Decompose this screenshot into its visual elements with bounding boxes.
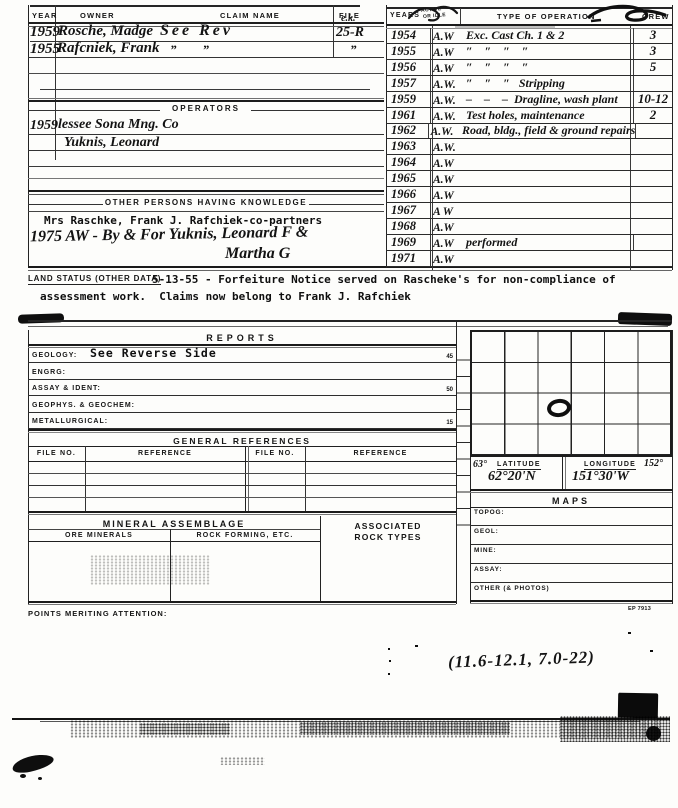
rule-line: [28, 178, 384, 179]
scan-speck: [388, 648, 390, 650]
rule-line: [85, 446, 86, 511]
rule-line: [333, 5, 334, 57]
activity-operation: ″ ″ ″ ″: [461, 60, 634, 75]
activity-year: 1969: [386, 235, 431, 250]
operators-title: OPERATORS: [28, 104, 384, 113]
rule-line: [672, 330, 673, 604]
activity-operation: ″ ″ ″ ″: [461, 44, 634, 59]
associated-rock-types-header: ROCK TYPES: [320, 532, 456, 542]
scan-noise: [90, 555, 210, 585]
report-label: ENGRG:: [32, 369, 66, 376]
rule-line: [28, 211, 384, 212]
scan-noise: [300, 722, 510, 735]
activity-year: 1957: [386, 76, 431, 91]
activity-operation: – – – Dragline, wash plant: [461, 92, 634, 107]
rule-line: [28, 204, 103, 205]
map-row-label: TOPOG:: [474, 509, 504, 516]
scan-speck: [20, 774, 26, 778]
table-row: 1965 A.W: [386, 171, 672, 187]
rule-line: [470, 489, 672, 491]
general-references-title: GENERAL REFERENCES: [28, 436, 456, 446]
table-row: 1961 A.W. Test holes, maintenance 2: [386, 108, 672, 124]
pen-scribble-icon: [405, 2, 461, 26]
activity-status: A.W.: [431, 79, 461, 91]
activity-year: 1967: [386, 203, 431, 218]
activity-year: 1964: [386, 155, 431, 170]
scan-speck: [415, 645, 418, 647]
rule-line: [28, 73, 384, 74]
reports-title: REPORTS: [28, 333, 456, 343]
rule-line: [28, 461, 456, 462]
location-grid: [470, 330, 672, 457]
table-row: 1957 A.W. ″ ″ ″ Stripping: [386, 76, 672, 92]
rule-line: [28, 98, 384, 99]
rule-line: [28, 601, 456, 603]
rule-line: [245, 446, 246, 511]
rule-line: [28, 446, 456, 447]
rule-line: [28, 511, 456, 513]
activity-status: A.W: [431, 222, 461, 234]
land-status-line1: 5-13-55 - Forfeiture Notice served on Ra…: [152, 273, 616, 286]
table-row: 1956 A.W ″ ″ ″ ″ 5: [386, 60, 672, 76]
activity-year: 1971: [386, 251, 431, 266]
rule-line: [28, 514, 456, 515]
report-value: See Reverse Side: [90, 346, 217, 360]
report-label: GEOPHYS. & GEOCHEM:: [32, 402, 135, 409]
rule-line: [28, 541, 320, 542]
scanned-mining-claim-record: YEAR OWNER CLAIM NAME FILE 1959 Rosche, …: [0, 0, 678, 808]
table-row: 1971 A.W: [386, 251, 672, 267]
operator-row-name: Yuknis, Leonard: [64, 135, 159, 151]
activity-year: 1961: [386, 108, 431, 123]
map-row: GEOL:: [470, 526, 672, 545]
map-row-label: GEOL:: [474, 528, 499, 535]
longitude-corner-value: 152°: [644, 458, 663, 469]
table-row: 1964 A.W: [386, 155, 672, 171]
rule-line: [248, 446, 249, 511]
owners-header-year: YEAR: [32, 11, 58, 20]
activity-year: 1963: [386, 139, 431, 154]
activity-status: A.W.: [431, 142, 461, 154]
maps-rows: TOPOG: GEOL: MINE: ASSAY: OTHER (& PHOTO…: [470, 507, 672, 602]
owners-header-claim: CLAIM NAME: [220, 11, 280, 20]
longitude-value: 151°30'W: [572, 469, 629, 485]
activity-status: A.W.: [429, 126, 457, 138]
latitude-value: 62°20'N: [488, 469, 536, 485]
scan-speck: [38, 777, 42, 780]
activity-status: A.W.: [431, 95, 461, 107]
rule-line: [28, 497, 456, 498]
rule-line: [28, 326, 668, 327]
table-row: 1954 A.W Exc. Cast Ch. 1 & 2 3: [386, 28, 672, 44]
report-row: ASSAY & IDENT: 50: [28, 380, 456, 396]
scan-artifact: [11, 752, 55, 775]
activity-year: 1968: [386, 219, 431, 234]
rule-line: [30, 5, 360, 7]
activity-status: A.W: [431, 63, 461, 75]
scan-noise: [560, 716, 670, 742]
report-line-number: 45: [446, 354, 453, 360]
ore-minerals-header: ORE MINERALS: [28, 532, 170, 539]
activity-operation: Test holes, maintenance: [461, 108, 634, 123]
activity-year: 1954: [386, 28, 431, 43]
map-row: ASSAY:: [470, 564, 672, 583]
rule-line: [28, 57, 384, 58]
points-meriting-attention-label: POINTS MERITING ATTENTION:: [28, 609, 167, 618]
map-row-label: OTHER (& PHOTOS): [474, 585, 550, 592]
activity-status: A.W: [431, 47, 461, 59]
activity-crew: 3: [634, 27, 672, 43]
rule-line: [28, 150, 384, 151]
report-label: GEOLOGY:: [32, 352, 77, 359]
scan-artifact: [18, 313, 64, 324]
activity-status: A.W: [431, 158, 461, 170]
scan-noise: [140, 723, 230, 735]
owner-row-file: ”: [350, 42, 357, 58]
land-status-line2: assessment work. Claims now belong to Fr…: [40, 290, 411, 303]
rule-line: [565, 457, 566, 490]
owner-row-year: 1959: [30, 24, 60, 41]
report-label: METALLURGICAL:: [32, 418, 108, 425]
report-line-number: 15: [446, 420, 453, 426]
report-row: ENGRG:: [28, 363, 456, 379]
scan-speck: [650, 650, 653, 652]
activity-year: 1956: [386, 60, 431, 75]
rule-line: [470, 600, 672, 602]
mineral-assemblage-title: MINERAL ASSEMBLAGE: [28, 519, 320, 529]
owner-row-year: 1955: [30, 41, 60, 58]
map-row: MINE:: [470, 545, 672, 564]
map-row-label: ASSAY:: [474, 566, 502, 573]
owner-row-owner: Rafcniek, Frank: [57, 40, 160, 57]
other-persons-note-2: Martha G: [225, 245, 290, 263]
report-row: GEOLOGY: See Reverse Side 45: [28, 347, 456, 363]
associated-rock-types-header: ASSOCIATED: [320, 521, 456, 531]
activity-status: A.W.: [431, 111, 461, 123]
rule-line: [28, 194, 384, 195]
rule-line: [28, 190, 384, 192]
scan-artifact: [618, 693, 658, 719]
map-row: TOPOG:: [470, 507, 672, 526]
report-row: METALLURGICAL: 15: [28, 413, 456, 429]
other-persons-note-1: 1975 AW - By & For Yuknis, Leonard F &: [30, 224, 309, 247]
land-status-label: LAND STATUS (OTHER DATA): [28, 274, 161, 285]
activity-crew: 3: [634, 43, 672, 59]
rule-line: [40, 89, 370, 90]
file-annotation: e.k.: [341, 13, 355, 24]
owner-row-claim: ” ”: [170, 42, 209, 58]
owner-row-owner: Rosche, Madge: [58, 23, 153, 40]
owner-row-file: 25-R: [336, 25, 364, 41]
rule-line: [28, 432, 456, 433]
activity-status: A.W: [431, 31, 461, 43]
table-row: 1955 A.W ″ ″ ″ ″ 3: [386, 44, 672, 60]
genref-header: FILE NO.: [28, 450, 85, 457]
activity-status: A W: [431, 206, 461, 218]
report-line-number: 50: [446, 387, 453, 393]
operator-row-year: 1959: [30, 118, 58, 134]
table-row: 1967 A W: [386, 203, 672, 219]
margin-note: (11.6-12.1, 7.0-22): [448, 647, 596, 672]
owner-row-claim: See Rev: [160, 22, 233, 40]
activity-table: 1954 A.W Exc. Cast Ch. 1 & 2 3 1955 A.W …: [386, 28, 672, 267]
activity-crew: 2: [634, 107, 672, 123]
scan-speck: [388, 673, 390, 675]
rule-line: [672, 5, 673, 270]
activity-year: 1955: [386, 44, 431, 59]
scan-artifact: [618, 312, 672, 326]
activity-header-operation: TYPE OF OPERATION: [497, 12, 596, 21]
scan-noise: [220, 757, 265, 765]
rule-line: [305, 446, 306, 511]
rule-line: [28, 429, 456, 431]
activity-year: 1965: [386, 171, 431, 186]
rule-line: [28, 100, 384, 102]
activity-operation: performed: [461, 235, 634, 250]
genref-header: REFERENCE: [85, 450, 245, 457]
reports-rows: GEOLOGY: See Reverse Side 45 ENGRG: ASSA…: [28, 347, 456, 429]
scan-speck: [628, 632, 631, 634]
scan-speck: [389, 660, 391, 662]
activity-status: A.W: [431, 254, 461, 266]
rule-line: [28, 529, 320, 530]
rule-line: [309, 204, 384, 205]
rule-line: [28, 320, 672, 322]
table-row: 1962 A.W. Road, bldg., field & ground re…: [386, 124, 672, 140]
rule-line: [28, 473, 456, 474]
rule-line: [28, 5, 29, 268]
activity-year: 1966: [386, 187, 431, 202]
rule-line: [28, 485, 456, 486]
table-row: 1968 A.W: [386, 219, 672, 235]
rule-line: [470, 492, 672, 493]
activity-crew: 5: [634, 59, 672, 75]
genref-header: FILE NO.: [245, 450, 305, 457]
rule-line: [470, 603, 672, 604]
genref-header: REFERENCE: [305, 450, 456, 457]
table-row: 1963 A.W.: [386, 139, 672, 155]
gutter-tick-lines: [457, 344, 470, 540]
other-persons-title: OTHER PERSONS HAVING KNOWLEDGE: [28, 198, 384, 207]
activity-year: 1962: [386, 123, 429, 138]
rock-forming-header: ROCK FORMING, ETC.: [170, 532, 320, 539]
table-row: 1966 A.W: [386, 187, 672, 203]
activity-status: A.W: [431, 190, 461, 202]
table-row: 1969 A.W performed: [386, 235, 672, 251]
rule-line: [28, 110, 160, 111]
activity-crew: 10-12: [634, 91, 672, 107]
owners-header-owner: OWNER: [80, 11, 115, 20]
rule-line: [28, 604, 456, 605]
form-number: EP 7913: [628, 606, 651, 612]
activity-operation: ″ ″ ″ Stripping: [461, 76, 634, 91]
activity-status: A.W: [431, 174, 461, 186]
map-row-label: MINE:: [474, 547, 496, 554]
activity-year: 1959: [386, 92, 431, 107]
activity-operation: Exc. Cast Ch. 1 & 2: [461, 28, 634, 43]
rule-line: [562, 457, 563, 490]
report-row: GEOPHYS. & GEOCHEM:: [28, 396, 456, 412]
activity-status: A.W: [431, 238, 461, 250]
rule-line: [28, 166, 384, 167]
report-label: ASSAY & IDENT:: [32, 385, 101, 392]
maps-title: MAPS: [470, 496, 672, 506]
table-row: 1959 A.W. – – – Dragline, wash plant 10-…: [386, 92, 672, 108]
operator-row-name: lessee Sona Mng. Co: [58, 117, 179, 133]
activity-operation: Road, bldg., field & ground repairs: [457, 123, 636, 138]
rule-line: [28, 270, 672, 271]
rule-line: [251, 110, 384, 111]
latitude-corner-value: 63°: [473, 459, 487, 470]
